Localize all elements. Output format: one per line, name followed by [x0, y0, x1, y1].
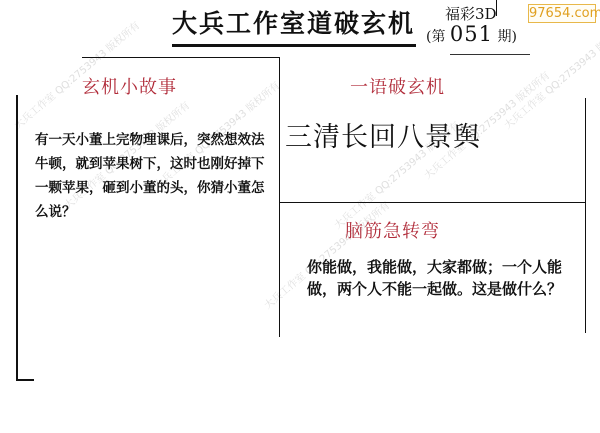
frame-center-divider [279, 57, 280, 337]
frame-left-border [16, 95, 18, 380]
site-badge[interactable]: 97654.com [528, 4, 596, 23]
riddle-heading: 一语破玄机 [350, 73, 445, 99]
page-title: 大兵工作室道破玄机 [172, 4, 415, 40]
riddle-text: 三清长回八景舆 [285, 115, 481, 154]
story-text: 有一天小董上完物理课后，突然想效法牛顿，就到苹果树下，这时也刚好掉下一颗苹果，砸… [35, 128, 275, 224]
lottery-label: 福彩3D [445, 3, 497, 24]
issue-number: 051 [450, 22, 493, 46]
issue-suffix: 期) [497, 29, 516, 45]
brain-teaser-heading: 脑筋急转弯 [345, 217, 440, 243]
issue-label: (第 051 期) [426, 22, 517, 46]
issue-underline [450, 54, 530, 55]
title-underline [172, 44, 416, 47]
frame-middle-right [280, 202, 586, 203]
divider [496, 0, 497, 16]
frame-bottom-left [16, 379, 34, 381]
issue-prefix: (第 [426, 29, 445, 45]
frame-right-border [585, 98, 586, 333]
story-heading: 玄机小故事 [82, 73, 177, 99]
brain-teaser-text: 你能做，我能做，大家都做；一个人能做，两个人不能一起做。这是做什么？ [307, 256, 577, 300]
frame-top-left [82, 57, 280, 58]
